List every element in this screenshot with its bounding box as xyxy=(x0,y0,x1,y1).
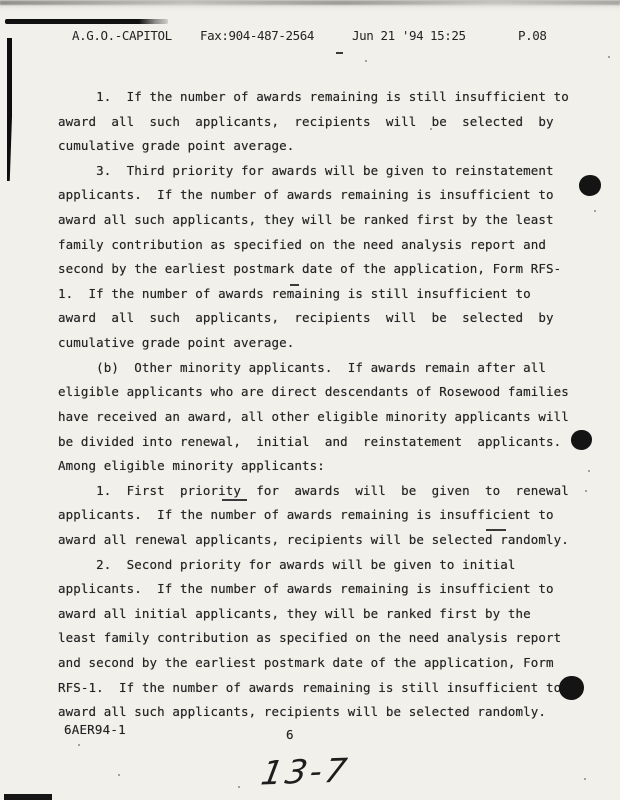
hole-punch-dot xyxy=(571,430,592,450)
body-line: award all such applicants, recipients wi… xyxy=(58,110,570,135)
fax-time: 15:25 xyxy=(430,28,466,43)
scanner-edge-smudge xyxy=(0,1,620,5)
document-body: 1. If the number of awards remaining is … xyxy=(58,85,570,725)
body-line: award all such applicants, recipients wi… xyxy=(58,306,570,331)
pen-dash-mark xyxy=(486,529,506,531)
scan-speck xyxy=(365,60,367,62)
body-line: have received an award, all other eligib… xyxy=(58,405,570,430)
body-line: applicants. If the number of awards rema… xyxy=(58,503,570,528)
body-line: RFS-1. If the number of awards remaining… xyxy=(58,676,570,701)
body-line: cumulative grade point average. xyxy=(58,134,570,159)
scan-speck xyxy=(585,490,587,492)
scan-speck xyxy=(584,778,586,780)
scan-artifact-bottom-bar xyxy=(4,794,52,800)
body-line: second by the earliest postmark date of … xyxy=(58,257,570,282)
hole-punch-dot xyxy=(559,676,584,700)
fax-document-page: A.G.O.-CAPITOL Fax:904-487-2564 Jun 21 '… xyxy=(0,0,620,800)
scan-speck xyxy=(588,470,590,472)
body-line: award all initial applicants, they will … xyxy=(58,602,570,627)
body-line: (b) Other minority applicants. If awards… xyxy=(58,356,570,381)
body-line: applicants. If the number of awards rema… xyxy=(58,183,570,208)
body-line: be divided into renewal, initial and rei… xyxy=(58,430,570,455)
body-line: least family contribution as specified o… xyxy=(58,626,570,651)
fax-page-stamp: P.08 xyxy=(518,28,547,43)
body-line: 1. If the number of awards remaining is … xyxy=(58,85,570,110)
scanner-edge-band xyxy=(0,0,620,12)
body-line: award all such applicants, recipients wi… xyxy=(58,700,570,725)
body-line: 3. Third priority for awards will be giv… xyxy=(58,159,570,184)
handwritten-note: 13-7 xyxy=(258,750,352,792)
body-line: award all such applicants, they will be … xyxy=(58,208,570,233)
scan-speck xyxy=(594,210,596,212)
fax-header: A.G.O.-CAPITOL Fax:904-487-2564 Jun 21 '… xyxy=(0,28,620,44)
scan-artifact-top-bar xyxy=(5,19,168,24)
scan-speck xyxy=(118,774,120,776)
pen-underline-mark xyxy=(222,499,247,501)
body-line: 2. Second priority for awards will be gi… xyxy=(58,553,570,578)
body-line: 1. If the number of awards remaining is … xyxy=(58,282,570,307)
body-line: and second by the earliest postmark date… xyxy=(58,651,570,676)
body-line: eligible applicants who are direct desce… xyxy=(58,380,570,405)
page-number: 6 xyxy=(286,727,294,742)
fax-number: Fax:904-487-2564 xyxy=(200,28,314,43)
fax-station-id: A.G.O.-CAPITOL xyxy=(72,28,172,43)
body-line: cumulative grade point average. xyxy=(58,331,570,356)
hole-punch-dot xyxy=(579,175,601,196)
body-line: applicants. If the number of awards rema… xyxy=(58,577,570,602)
body-line: 1. First priority for awards will be giv… xyxy=(58,479,570,504)
scan-speck xyxy=(78,744,80,746)
body-line: Among eligible minority applicants: xyxy=(58,454,570,479)
body-line: family contribution as specified on the … xyxy=(58,233,570,258)
typewriter-stray-mark xyxy=(290,284,299,286)
scan-artifact-left-bar xyxy=(7,38,12,181)
fax-date: Jun 21 '94 xyxy=(352,28,423,43)
scan-speck xyxy=(430,128,432,130)
body-line: award all renewal applicants, recipients… xyxy=(58,528,570,553)
scan-speck-dash xyxy=(336,52,343,54)
document-id: 6AER94-1 xyxy=(64,722,126,737)
scan-speck xyxy=(238,786,240,788)
scan-speck xyxy=(608,56,610,58)
